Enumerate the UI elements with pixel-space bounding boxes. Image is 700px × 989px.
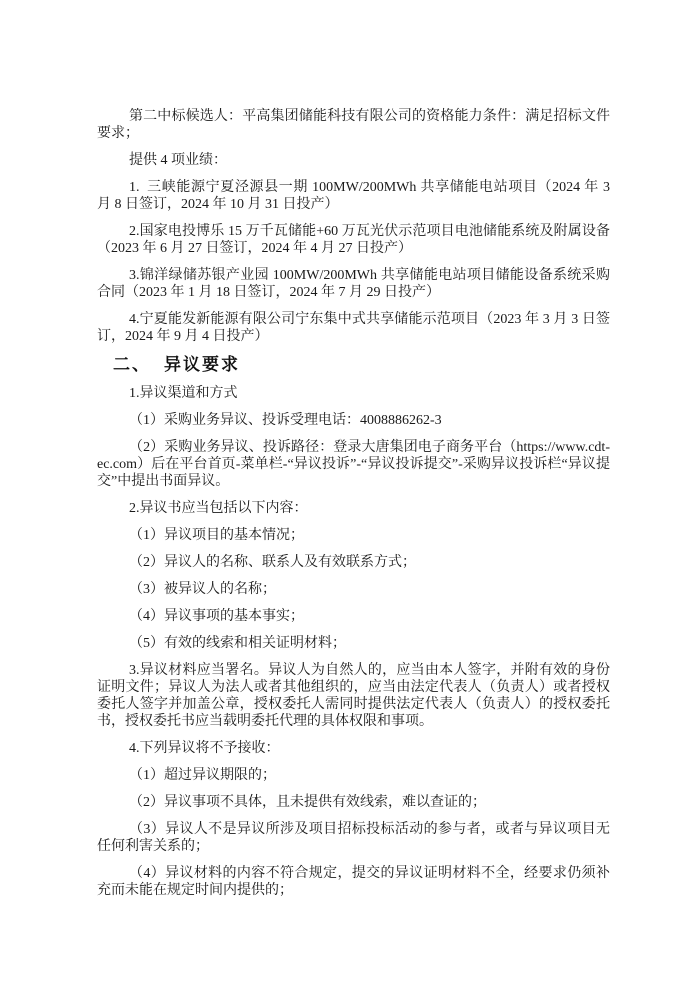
- paragraph: 2.异议书应当包括以下内容：: [97, 500, 610, 517]
- document-content: 第二中标候选人：平高集团储能科技有限公司的资格能力条件：满足招标文件要求； 提供…: [97, 108, 610, 909]
- paragraph: 1.异议渠道和方式: [97, 385, 610, 402]
- paragraph: （3）异议人不是异议所涉及项目招标投标活动的参与者，或者与异议项目无任何利害关系…: [97, 821, 610, 855]
- paragraph: 2.国家电投博乐 15 万千瓦储能+60 万瓦光伏示范项目电池储能系统及附属设备…: [97, 223, 610, 257]
- paragraph: 4.下列异议将不予接收：: [97, 740, 610, 757]
- paragraph: （1）超过异议期限的；: [97, 767, 610, 784]
- section-title: 异议要求: [164, 355, 240, 374]
- paragraph: （2）异议事项不具体，且未提供有效线索，难以查证的；: [97, 794, 610, 811]
- paragraph: 1. 三峡能源宁夏泾源县一期 100MW/200MWh 共享储能电站项目（202…: [97, 179, 610, 213]
- section-heading: 二、异议要求: [97, 355, 610, 375]
- paragraph: 第二中标候选人：平高集团储能科技有限公司的资格能力条件：满足招标文件要求；: [97, 108, 610, 142]
- paragraph: （4）异议材料的内容不符合规定，提交的异议证明材料不全，经要求仍须补充而未能在规…: [97, 865, 610, 899]
- section-number: 二、: [113, 355, 151, 374]
- paragraph: （4）异议事项的基本事实；: [97, 608, 610, 625]
- paragraph: 3.锦洋绿储苏银产业园 100MW/200MWh 共享储能电站项目储能设备系统采…: [97, 267, 610, 301]
- paragraph: （2）异议人的名称、联系人及有效联系方式；: [97, 554, 610, 571]
- paragraph: （1）异议项目的基本情况；: [97, 527, 610, 544]
- paragraph: （3）被异议人的名称；: [97, 581, 610, 598]
- paragraph: （2）采购业务异议、投诉路径：登录大唐集团电子商务平台（https://www.…: [97, 439, 610, 490]
- paragraph: 提供 4 项业绩：: [97, 152, 610, 169]
- paragraph: （1）采购业务异议、投诉受理电话：4008886262-3: [97, 412, 610, 429]
- document-page: 第二中标候选人：平高集团储能科技有限公司的资格能力条件：满足招标文件要求； 提供…: [0, 0, 700, 989]
- paragraph: 4.宁夏能发新能源有限公司宁东集中式共享储能示范项目（2023 年 3 月 3 …: [97, 311, 610, 345]
- paragraph: （5）有效的线索和相关证明材料；: [97, 635, 610, 652]
- paragraph: 3.异议材料应当署名。异议人为自然人的，应当由本人签字，并附有效的身份证明文件；…: [97, 662, 610, 730]
